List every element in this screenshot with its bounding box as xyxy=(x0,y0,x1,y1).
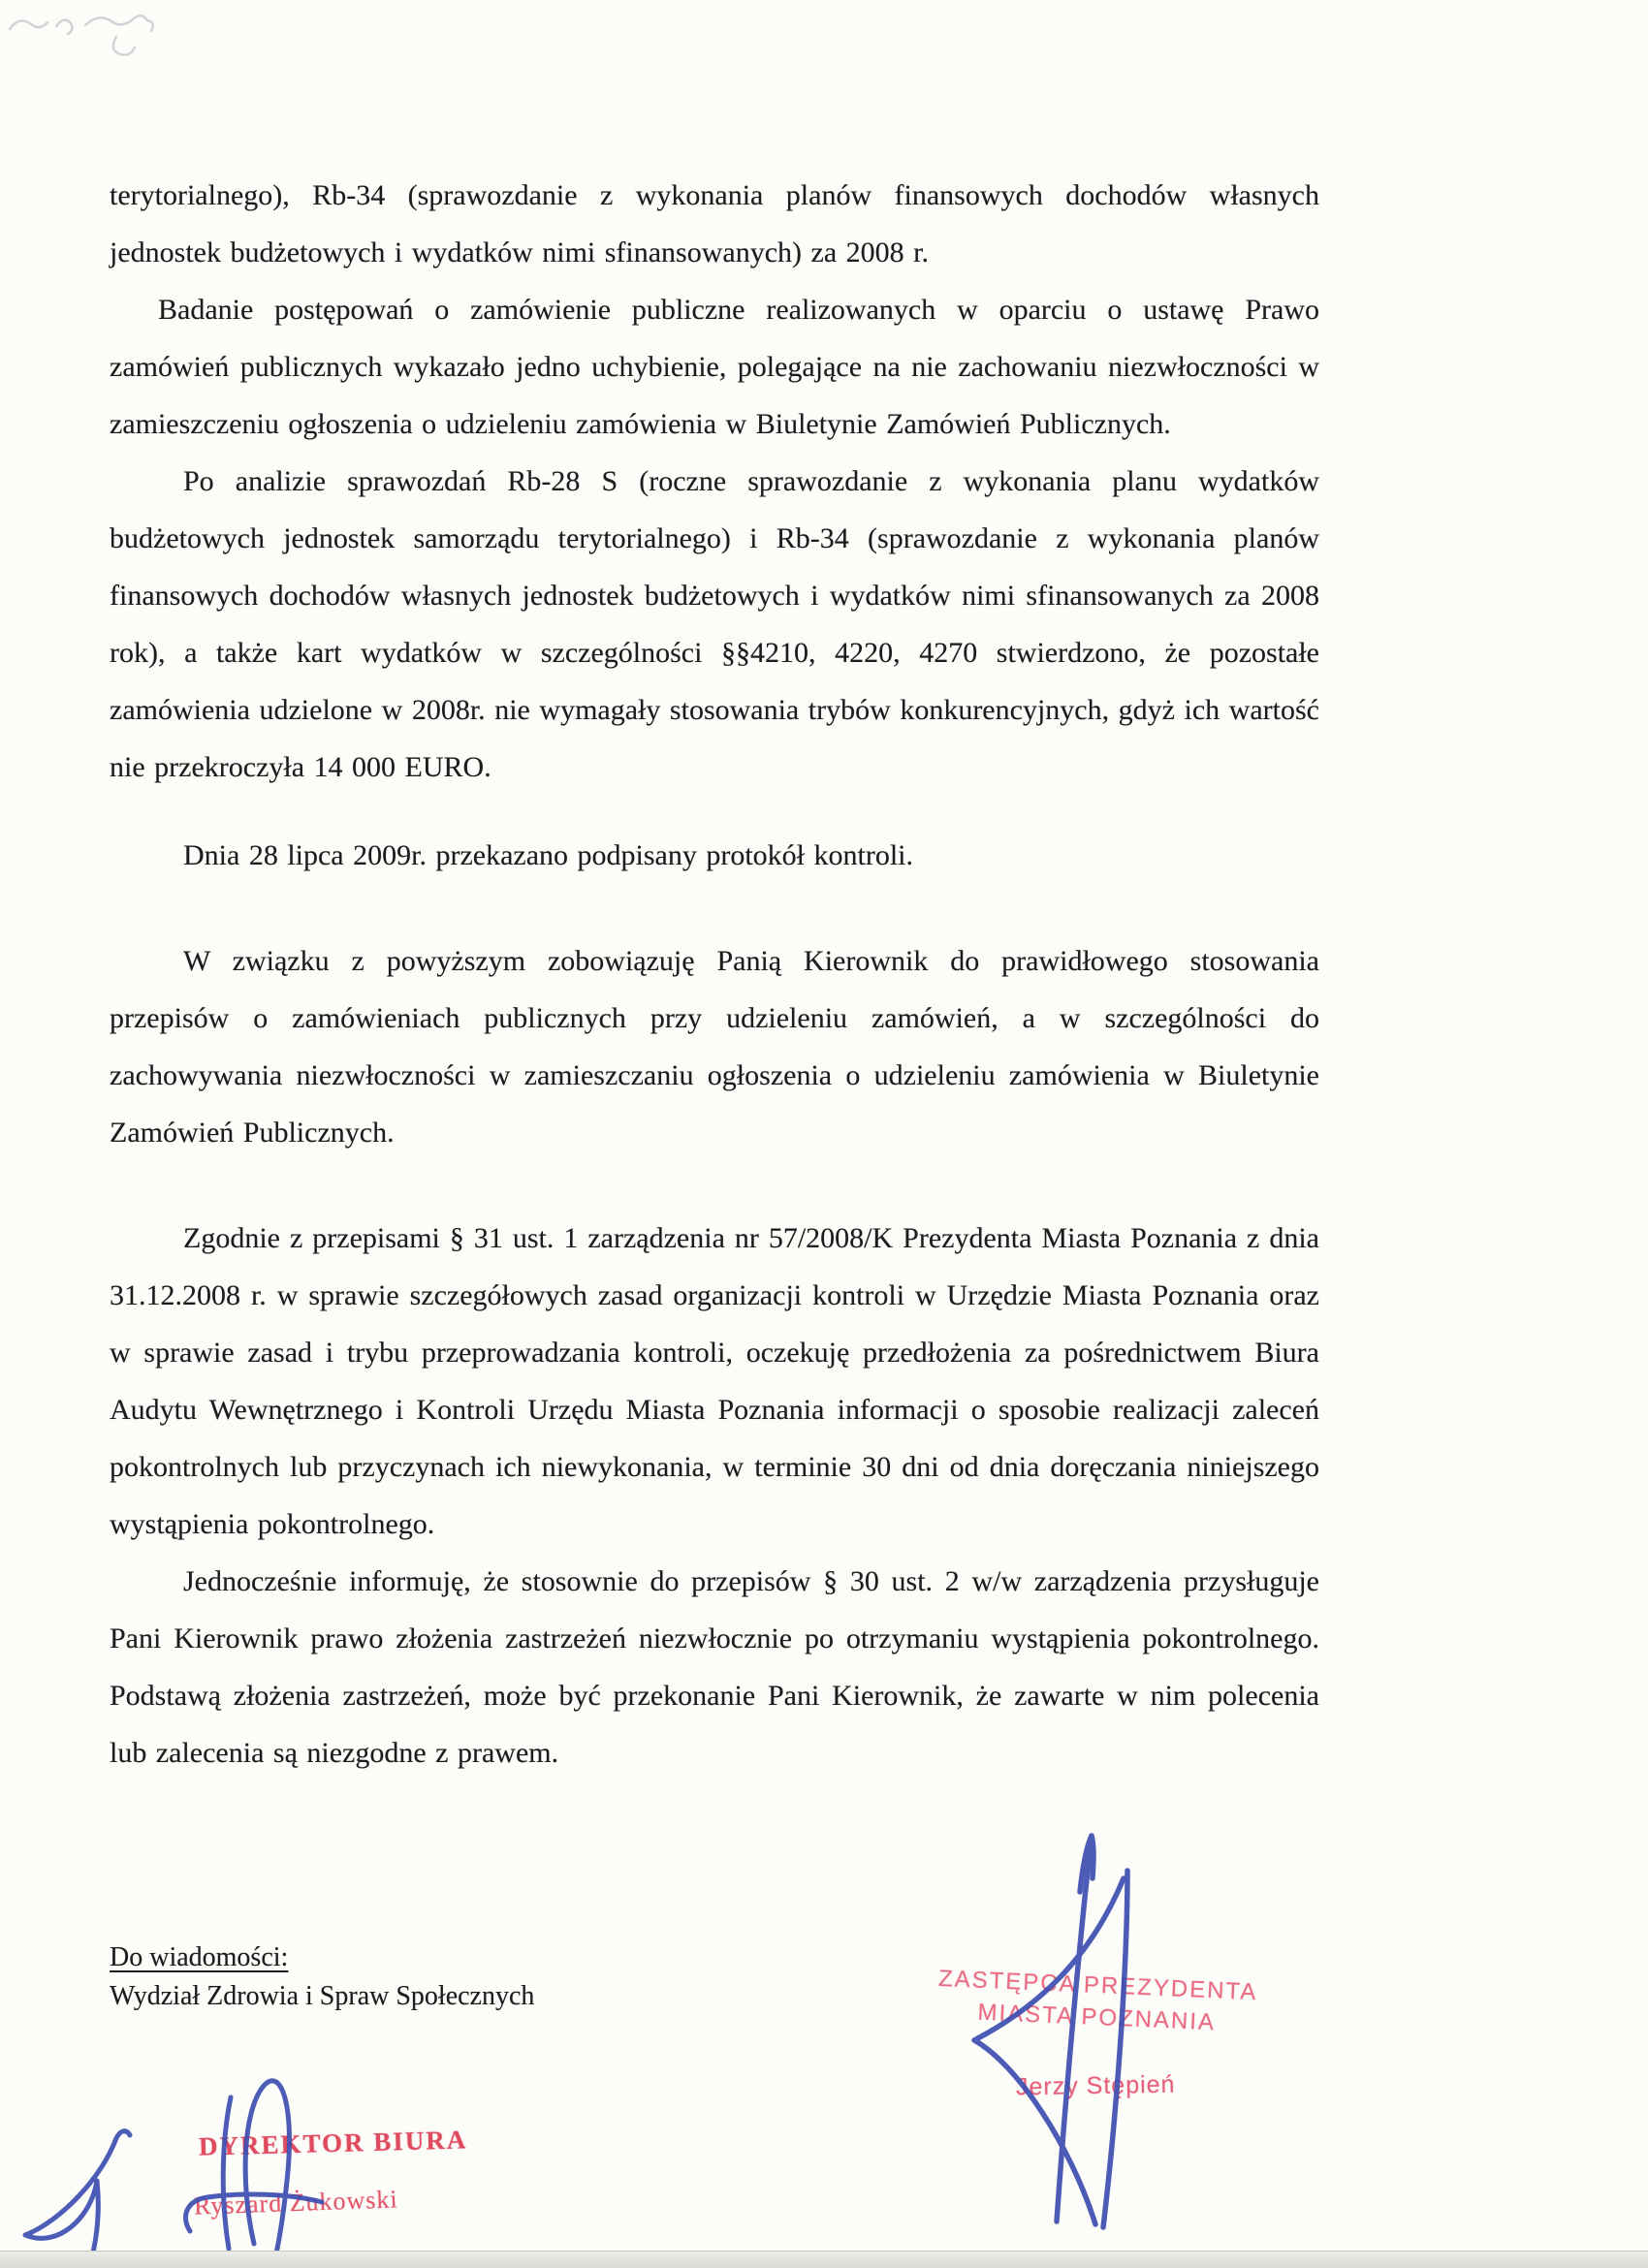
paraph-squiggle-ink xyxy=(25,2131,130,2266)
document-page: terytorialnego), Rb-34 (sprawozdanie z w… xyxy=(0,0,1648,2268)
body-paragraph-4: Dnia 28 lipca 2009r. przekazano podpisan… xyxy=(110,827,1319,884)
deputy-mayor-stamp: ZASTĘPCA PREZYDENTA MIASTA POZNANIA xyxy=(932,1963,1264,2041)
distribution-heading: Do wiadomości: xyxy=(110,1938,534,1977)
director-stamp-title: DYREKTOR BIURA xyxy=(199,2125,468,2161)
distribution-recipient: Wydział Zdrowia i Spraw Społecznych xyxy=(110,1977,534,2016)
scan-edge-artifact xyxy=(0,2251,1648,2268)
director-stamp-name: Ryszard Żukowski xyxy=(194,2185,399,2221)
deputy-mayor-name-stamp: Jerzy Stępień xyxy=(1016,2071,1176,2102)
body-paragraph-1: terytorialnego), Rb-34 (sprawozdanie z w… xyxy=(110,167,1319,281)
body-paragraph-2: Badanie postępowań o zamówienie publiczn… xyxy=(110,281,1319,453)
body-paragraph-7: Jednocześnie informuję, że stosownie do … xyxy=(110,1553,1319,1781)
body-paragraph-3: Po analizie sprawozdań Rb-28 S (roczne s… xyxy=(110,453,1319,796)
pencil-scribble xyxy=(10,16,153,54)
body-paragraph-5: W związku z powyższym zobowiązuję Panią … xyxy=(110,932,1319,1161)
letter-body: terytorialnego), Rb-34 (sprawozdanie z w… xyxy=(110,167,1319,1781)
body-paragraph-6: Zgodnie z przepisami § 31 ust. 1 zarządz… xyxy=(110,1210,1319,1553)
distribution-block: Do wiadomości: Wydział Zdrowia i Spraw S… xyxy=(110,1938,534,2016)
director-signature-ink xyxy=(186,2081,322,2266)
